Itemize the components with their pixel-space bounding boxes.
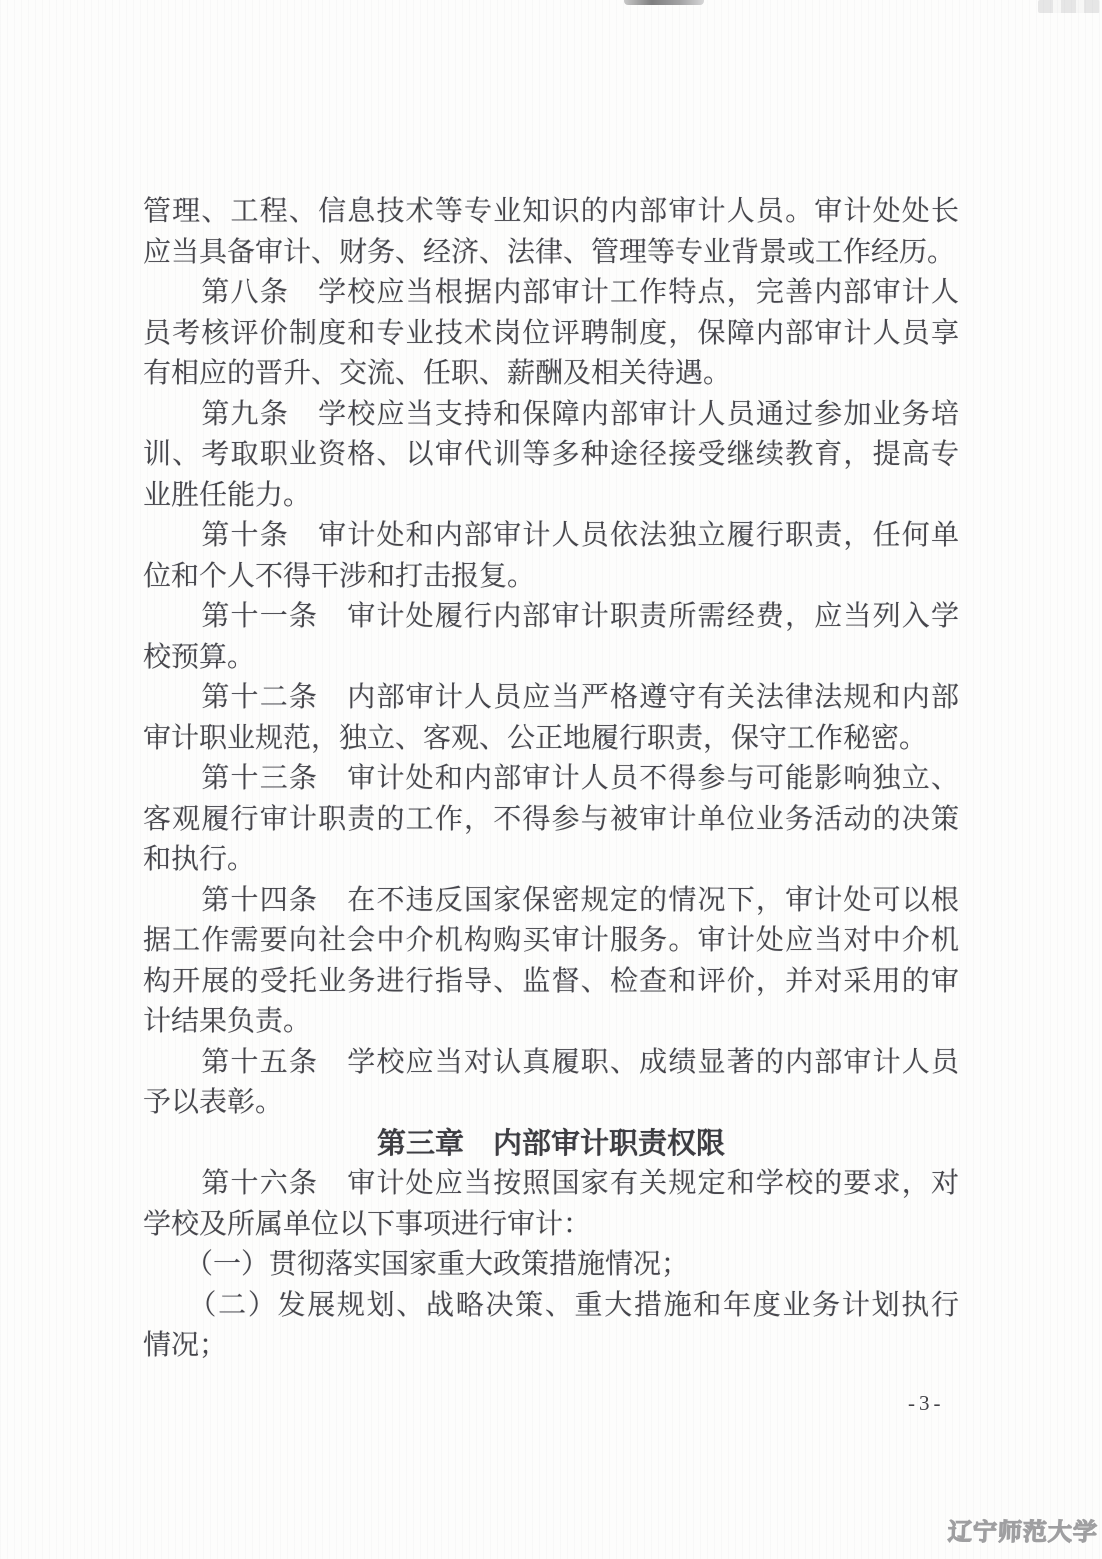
text-line: （一）贯彻落实国家重大政策措施情况； xyxy=(143,1245,959,1286)
text-line: 第十三条 审计处和内部审计人员不得参与可能影响独立、 xyxy=(143,759,959,800)
text-line: 业胜任能力。 xyxy=(143,476,959,517)
text-line: 学校及所属单位以下事项进行审计： xyxy=(143,1205,959,1246)
text-line: 训、考取职业资格、以审代训等多种途径接受继续教育，提高专 xyxy=(143,435,959,476)
chapter-heading: 第三章 内部审计职责权限 xyxy=(143,1124,959,1165)
scan-artifact-top-smudge xyxy=(624,0,704,5)
text-line: 审计职业规范，独立、客观、公正地履行职责，保守工作秘密。 xyxy=(143,719,959,760)
text-line: 构开展的受托业务进行指导、监督、检查和评价，并对采用的审 xyxy=(143,962,959,1003)
text-line: 客观履行审计职责的工作，不得参与被审计单位业务活动的决策 xyxy=(143,800,959,841)
document-page: 管理、工程、信息技术等专业知识的内部审计人员。审计处处长应当具备审计、财务、经济… xyxy=(0,0,1102,1559)
text-line: 予以表彰。 xyxy=(143,1083,959,1124)
text-line: 有相应的晋升、交流、任职、薪酬及相关待遇。 xyxy=(143,354,959,395)
text-line: 计结果负责。 xyxy=(143,1002,959,1043)
text-line: 第十四条 在不违反国家保密规定的情况下，审计处可以根 xyxy=(143,881,959,922)
text-line: 员考核评价制度和专业技术岗位评聘制度，保障内部审计人员享 xyxy=(143,314,959,355)
text-line: 据工作需要向社会中介机构购买审计服务。审计处应当对中介机 xyxy=(143,921,959,962)
university-watermark: 辽宁师范大学 xyxy=(947,1512,1098,1547)
text-line: 位和个人不得干涉和打击报复。 xyxy=(143,557,959,598)
text-line: （二）发展规划、战略决策、重大措施和年度业务计划执行 xyxy=(143,1286,959,1327)
text-line: 第十六条 审计处应当按照国家有关规定和学校的要求，对 xyxy=(143,1164,959,1205)
text-line: 第十二条 内部审计人员应当严格遵守有关法律法规和内部 xyxy=(143,678,959,719)
page-number: -3- xyxy=(908,1391,945,1416)
text-line: 校预算。 xyxy=(143,638,959,679)
text-line: 情况； xyxy=(143,1326,959,1367)
text-line: 管理、工程、信息技术等专业知识的内部审计人员。审计处处长 xyxy=(143,192,959,233)
text-line: 第八条 学校应当根据内部审计工作特点，完善内部审计人 xyxy=(143,273,959,314)
text-line: 第十条 审计处和内部审计人员依法独立履行职责，任何单 xyxy=(143,516,959,557)
text-line: 第十五条 学校应当对认真履职、成绩显著的内部审计人员 xyxy=(143,1043,959,1084)
text-line: 和执行。 xyxy=(143,840,959,881)
text-line: 第九条 学校应当支持和保障内部审计人员通过参加业务培 xyxy=(143,395,959,436)
text-line: 第十一条 审计处履行内部审计职责所需经费，应当列入学 xyxy=(143,597,959,638)
text-line: 应当具备审计、财务、经济、法律、管理等专业背景或工作经历。 xyxy=(143,233,959,274)
scan-artifact-corner-mark xyxy=(1038,0,1100,13)
document-body-text: 管理、工程、信息技术等专业知识的内部审计人员。审计处处长应当具备审计、财务、经济… xyxy=(143,192,959,1367)
